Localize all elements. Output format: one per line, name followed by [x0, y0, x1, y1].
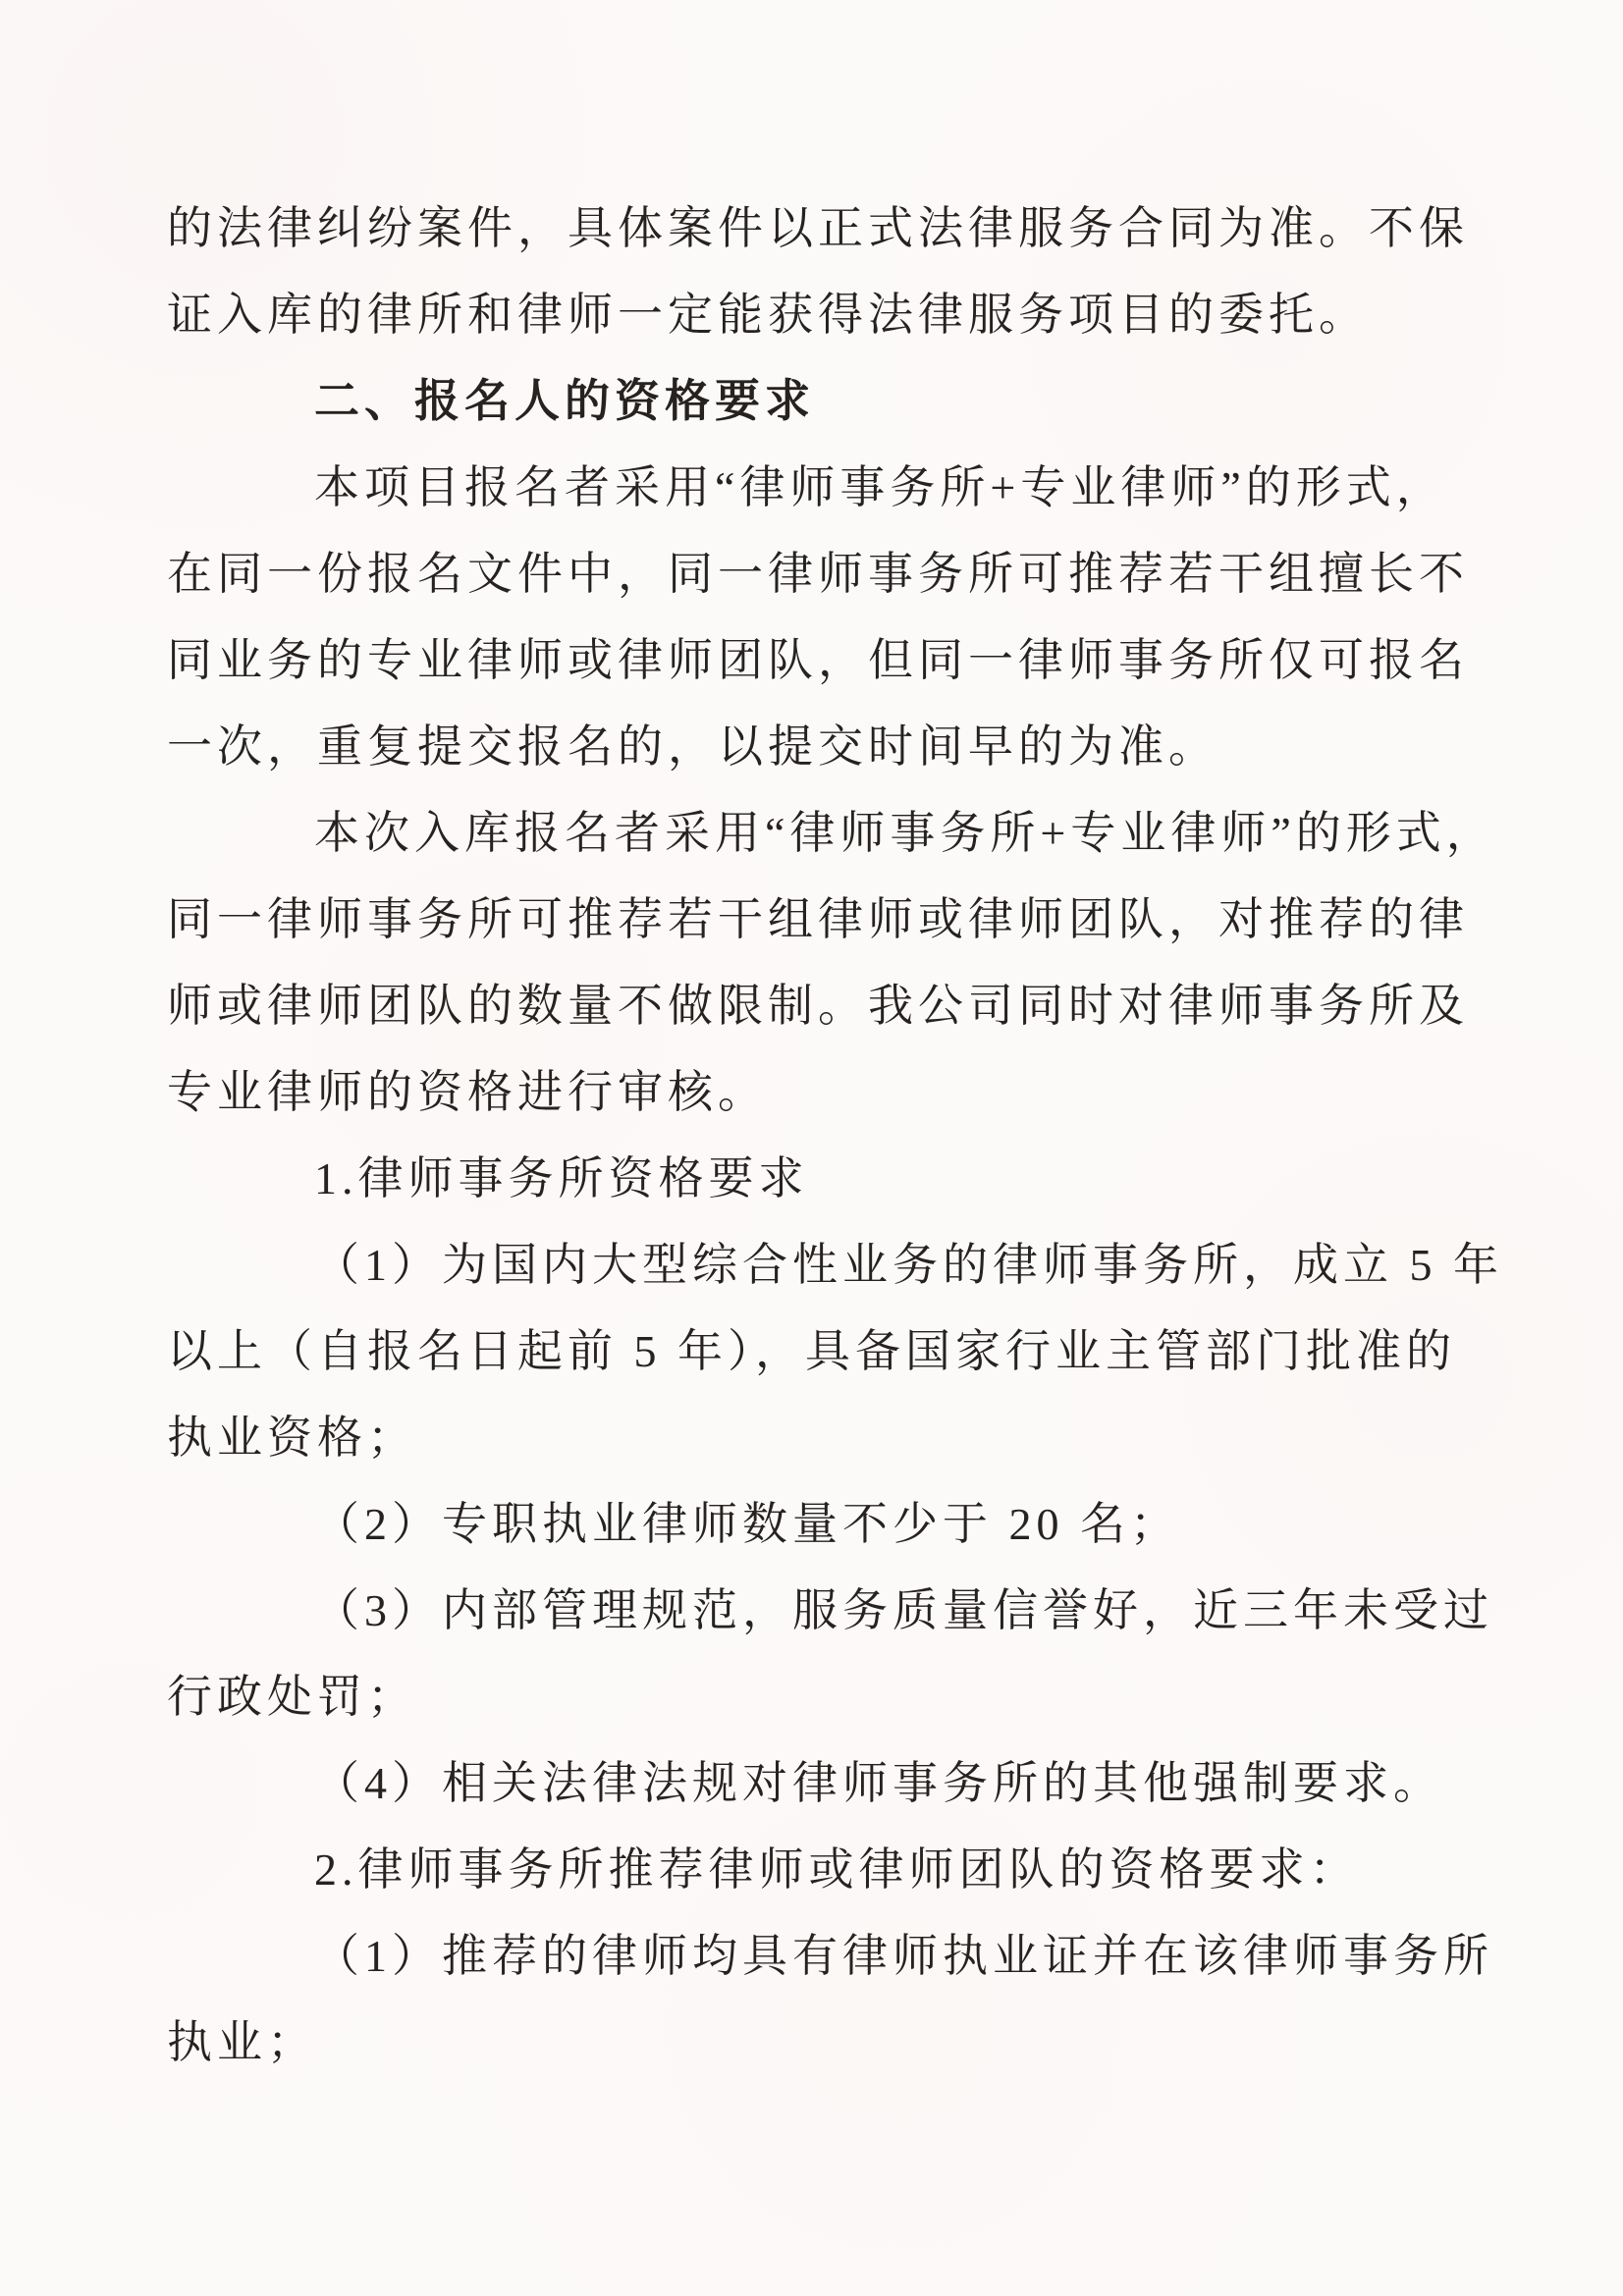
text-line: 本次入库报名者采用“律师事务所+专业律师”的形式，: [167, 790, 1473, 877]
text-line: （2）专职执业律师数量不少于 20 名；: [167, 1481, 1473, 1568]
text-line: 1.律师事务所资格要求: [167, 1136, 1473, 1222]
text-line: 在同一份报名文件中，同一律师事务所可推荐若干组擅长不: [167, 531, 1473, 617]
text-line: （3）内部管理规范，服务质量信誉好，近三年未受过: [167, 1568, 1473, 1654]
text-line: 2.律师事务所推荐律师或律师团队的资格要求：: [167, 1827, 1473, 1913]
document-page: 的法律纠纷案件，具体案件以正式法律服务合同为准。不保证入库的律所和律师一定能获得…: [0, 0, 1623, 2296]
text-line: 执业；: [167, 2000, 1473, 2086]
text-line: 一次，重复提交报名的，以提交时间早的为准。: [167, 704, 1473, 790]
text-line: 本项目报名者采用“律师事务所+专业律师”的形式，: [167, 445, 1473, 531]
text-line: （1）为国内大型综合性业务的律师事务所，成立 5 年: [167, 1222, 1473, 1308]
section-heading: 二、报名人的资格要求: [167, 358, 1473, 445]
text-line: 证入库的律所和律师一定能获得法律服务项目的委托。: [167, 272, 1473, 358]
document-body: 的法律纠纷案件，具体案件以正式法律服务合同为准。不保证入库的律所和律师一定能获得…: [167, 186, 1473, 2086]
text-line: 以上（自报名日起前 5 年），具备国家行业主管部门批准的: [167, 1308, 1473, 1395]
text-line: 同一律师事务所可推荐若干组律师或律师团队，对推荐的律: [167, 877, 1473, 963]
text-line: 行政处罚；: [167, 1654, 1473, 1740]
text-line: 师或律师团队的数量不做限制。我公司同时对律师事务所及: [167, 963, 1473, 1049]
text-line: 的法律纠纷案件，具体案件以正式法律服务合同为准。不保: [167, 186, 1473, 272]
text-line: 专业律师的资格进行审核。: [167, 1049, 1473, 1136]
text-line: 同业务的专业律师或律师团队，但同一律师事务所仅可报名: [167, 617, 1473, 704]
text-line: （4）相关法律法规对律师事务所的其他强制要求。: [167, 1740, 1473, 1827]
text-line: （1）推荐的律师均具有律师执业证并在该律师事务所: [167, 1913, 1473, 2000]
text-line: 执业资格；: [167, 1395, 1473, 1481]
